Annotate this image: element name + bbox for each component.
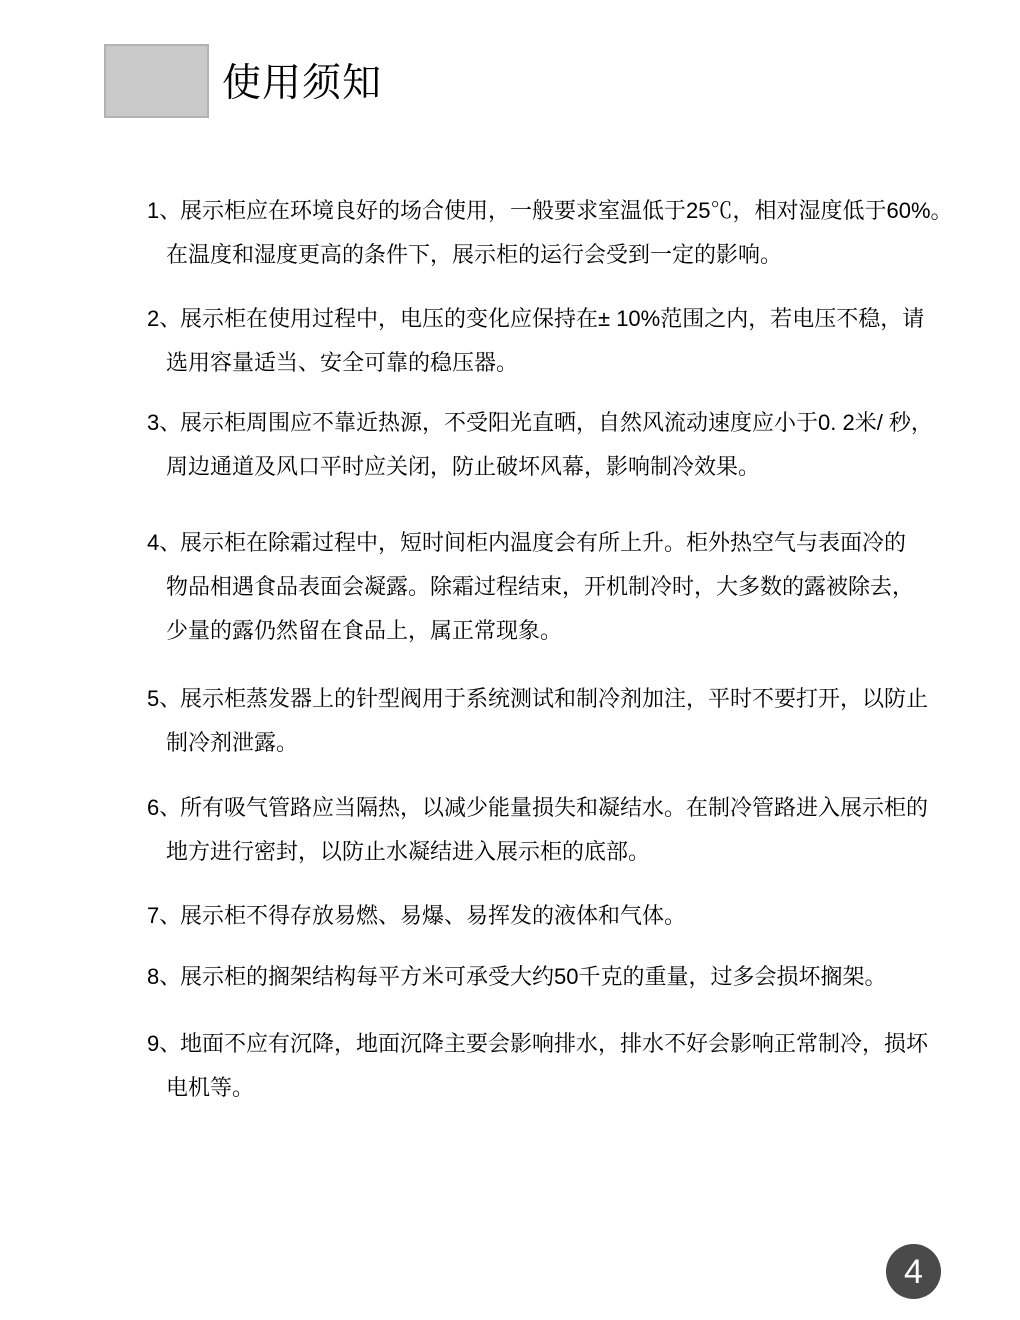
notes-list: 1、 展示柜应在环境良好的场合使用，一般要求室温低于25℃，相对湿度低于60%。… [147,189,947,1110]
list-item: 5、 展示柜蒸发器上的针型阀用于系统测试和制冷剂加注，平时不要打开，以防止 制冷… [147,677,947,765]
note-line: 周边通道及风口平时应关闭，防止破坏风幕，影响制冷效果。 [166,445,947,489]
note-line: 电机等。 [166,1066,947,1110]
note-line: 展示柜应在环境良好的场合使用，一般要求室温低于25℃，相对湿度低于60%。 [166,189,947,233]
note-number: 5、 [147,677,181,721]
note-line: 选用容量适当、安全可靠的稳压器。 [166,341,947,385]
page-number-badge: 4 [886,1244,941,1299]
note-line: 在温度和湿度更高的条件下，展示柜的运行会受到一定的影响。 [166,233,947,277]
list-item: 3、 展示柜周围应不靠近热源，不受阳光直晒，自然风流动速度应小于0. 2米/ 秒… [147,401,947,489]
note-line: 展示柜在除霜过程中，短时间柜内温度会有所上升。柜外热空气与表面冷的 [166,521,947,565]
note-line: 展示柜的搁架结构每平方米可承受大约50千克的重量，过多会损坏搁架。 [166,955,947,999]
note-line: 展示柜蒸发器上的针型阀用于系统测试和制冷剂加注，平时不要打开，以防止 [166,677,947,721]
note-number: 4、 [147,521,181,565]
list-item: 8、 展示柜的搁架结构每平方米可承受大约50千克的重量，过多会损坏搁架。 [147,955,947,999]
note-number: 2、 [147,297,181,341]
page-number: 4 [904,1255,923,1289]
note-number: 9、 [147,1022,181,1066]
title-marker-box [104,44,209,118]
list-item: 7、 展示柜不得存放易燃、易爆、易挥发的液体和气体。 [147,894,947,938]
note-number: 8、 [147,955,181,999]
note-line: 展示柜不得存放易燃、易爆、易挥发的液体和气体。 [166,894,947,938]
list-item: 4、 展示柜在除霜过程中，短时间柜内温度会有所上升。柜外热空气与表面冷的 物品相… [147,521,947,653]
page-title: 使用须知 [222,52,382,108]
list-item: 9、 地面不应有沉降，地面沉降主要会影响排水，排水不好会影响正常制冷，损坏 电机… [147,1022,947,1110]
list-item: 2、 展示柜在使用过程中，电压的变化应保持在± 10%范围之内，若电压不稳，请 … [147,297,947,385]
note-number: 6、 [147,786,181,830]
note-number: 3、 [147,401,181,445]
manual-page: 使用须知 1、 展示柜应在环境良好的场合使用，一般要求室温低于25℃，相对湿度低… [0,0,1020,1320]
note-line: 所有吸气管路应当隔热，以减少能量损失和凝结水。在制冷管路进入展示柜的 [166,786,947,830]
note-number: 1、 [147,189,181,233]
note-line: 物品相遇食品表面会凝露。除霜过程结束，开机制冷时，大多数的露被除去， [166,565,947,609]
note-line: 展示柜周围应不靠近热源，不受阳光直晒，自然风流动速度应小于0. 2米/ 秒， [166,401,947,445]
note-line: 地方进行密封，以防止水凝结进入展示柜的底部。 [166,830,947,874]
note-line: 制冷剂泄露。 [166,721,947,765]
note-line: 少量的露仍然留在食品上，属正常现象。 [166,609,947,653]
list-item: 1、 展示柜应在环境良好的场合使用，一般要求室温低于25℃，相对湿度低于60%。… [147,189,947,277]
note-number: 7、 [147,894,181,938]
note-line: 展示柜在使用过程中，电压的变化应保持在± 10%范围之内，若电压不稳，请 [166,297,947,341]
note-line: 地面不应有沉降，地面沉降主要会影响排水，排水不好会影响正常制冷，损坏 [166,1022,947,1066]
list-item: 6、 所有吸气管路应当隔热，以减少能量损失和凝结水。在制冷管路进入展示柜的 地方… [147,786,947,874]
